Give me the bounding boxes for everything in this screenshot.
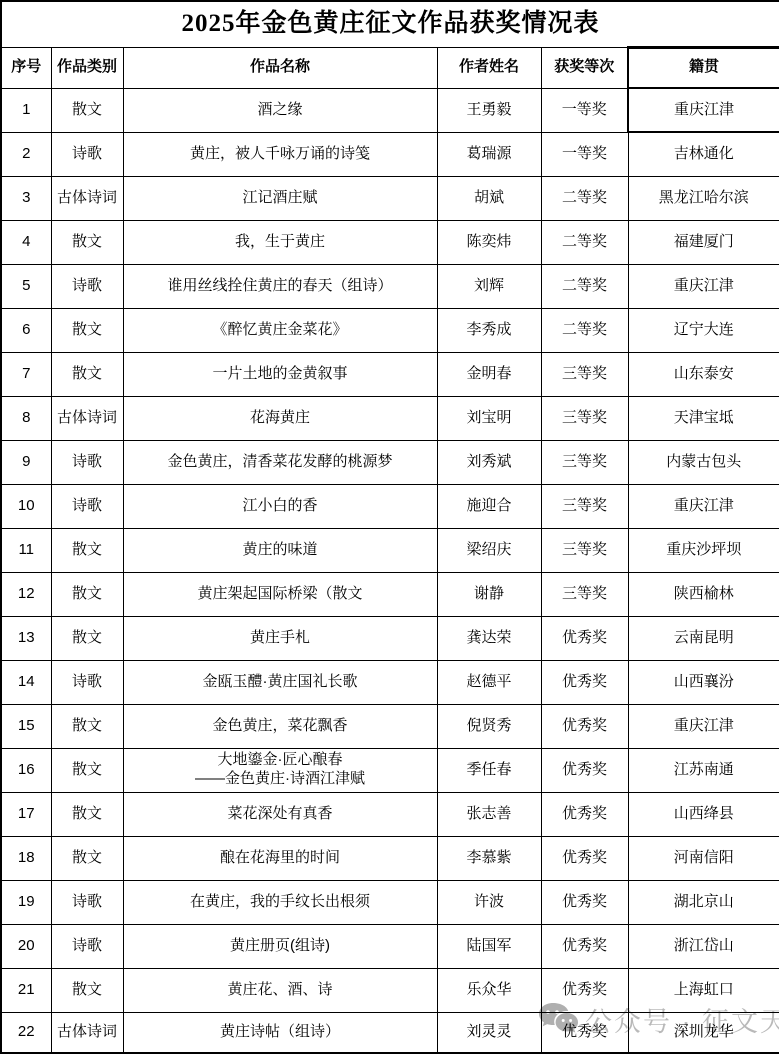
cell-award: 三等奖: [541, 572, 628, 616]
cell-category: 诗歌: [51, 484, 123, 528]
table-row: 13 散文 黄庄手札 龚达荣 优秀奖 云南昆明: [1, 616, 779, 660]
col-header-award: 获奖等次: [541, 47, 628, 88]
cell-origin: 山西绛县: [628, 792, 779, 836]
cell-no: 9: [1, 440, 51, 484]
cell-author: 赵德平: [437, 660, 541, 704]
cell-no: 11: [1, 528, 51, 572]
cell-author: 梁绍庆: [437, 528, 541, 572]
cell-award: 二等奖: [541, 176, 628, 220]
cell-award: 二等奖: [541, 220, 628, 264]
cell-origin: 天津宝坻: [628, 396, 779, 440]
cell-no: 19: [1, 880, 51, 924]
cell-award: 优秀奖: [541, 880, 628, 924]
cell-origin: 云南昆明: [628, 616, 779, 660]
cell-award: 一等奖: [541, 88, 628, 132]
cell-origin: 重庆江津: [628, 704, 779, 748]
cell-title: 大地鎏金·匠心酿春 ——金色黄庄·诗酒江津赋: [123, 748, 437, 792]
cell-award: 优秀奖: [541, 660, 628, 704]
col-header-author: 作者姓名: [437, 47, 541, 88]
cell-award: 二等奖: [541, 264, 628, 308]
cell-author: 龚达荣: [437, 616, 541, 660]
cell-category: 散文: [51, 572, 123, 616]
cell-title: 黄庄册页(组诗): [123, 924, 437, 968]
cell-origin: 重庆江津: [628, 484, 779, 528]
cell-origin: 深圳龙华: [628, 1012, 779, 1053]
cell-no: 7: [1, 352, 51, 396]
cell-category: 散文: [51, 792, 123, 836]
cell-category: 散文: [51, 836, 123, 880]
cell-author: 李秀成: [437, 308, 541, 352]
cell-title: 金瓯玉醴·黄庄国礼长歌: [123, 660, 437, 704]
cell-no: 8: [1, 396, 51, 440]
cell-no: 15: [1, 704, 51, 748]
cell-origin: 福建厦门: [628, 220, 779, 264]
table-title-row: 2025年金色黄庄征文作品获奖情况表: [1, 1, 779, 47]
cell-category: 诗歌: [51, 924, 123, 968]
table-row: 3 古体诗词 江记酒庄赋 胡斌 二等奖 黑龙江哈尔滨: [1, 176, 779, 220]
cell-origin: 江苏南通: [628, 748, 779, 792]
cell-title: 黄庄，被人千咏万诵的诗笺: [123, 132, 437, 176]
cell-award: 三等奖: [541, 352, 628, 396]
cell-author: 刘辉: [437, 264, 541, 308]
cell-category: 古体诗词: [51, 1012, 123, 1053]
cell-title: 金色黄庄，菜花飘香: [123, 704, 437, 748]
cell-no: 22: [1, 1012, 51, 1053]
cell-no: 12: [1, 572, 51, 616]
cell-award: 优秀奖: [541, 748, 628, 792]
cell-category: 散文: [51, 968, 123, 1012]
cell-origin: 辽宁大连: [628, 308, 779, 352]
cell-no: 6: [1, 308, 51, 352]
cell-origin: 重庆沙坪坝: [628, 528, 779, 572]
cell-title: 谁用丝线拴住黄庄的春天（组诗）: [123, 264, 437, 308]
cell-author: 陆国军: [437, 924, 541, 968]
cell-origin: 重庆江津: [628, 264, 779, 308]
cell-title: 黄庄手札: [123, 616, 437, 660]
table-row: 4 散文 我，生于黄庄 陈奕炜 二等奖 福建厦门: [1, 220, 779, 264]
cell-award: 三等奖: [541, 396, 628, 440]
cell-title: 黄庄诗帖（组诗）: [123, 1012, 437, 1053]
cell-no: 20: [1, 924, 51, 968]
cell-title: 黄庄的味道: [123, 528, 437, 572]
cell-title: 金色黄庄，清香菜花发酵的桃源梦: [123, 440, 437, 484]
cell-author: 金明春: [437, 352, 541, 396]
cell-no: 10: [1, 484, 51, 528]
table-row: 22 古体诗词 黄庄诗帖（组诗） 刘灵灵 优秀奖 深圳龙华: [1, 1012, 779, 1053]
cell-category: 诗歌: [51, 132, 123, 176]
page-title: 2025年金色黄庄征文作品获奖情况表: [1, 1, 779, 47]
col-header-title: 作品名称: [123, 47, 437, 88]
table-row: 1 散文 酒之缘 王勇毅 一等奖 重庆江津: [1, 88, 779, 132]
table-row: 20 诗歌 黄庄册页(组诗) 陆国军 优秀奖 浙江岱山: [1, 924, 779, 968]
cell-author: 刘灵灵: [437, 1012, 541, 1053]
table-body: 1 散文 酒之缘 王勇毅 一等奖 重庆江津 2 诗歌 黄庄，被人千咏万诵的诗笺 …: [1, 88, 779, 1053]
cell-category: 散文: [51, 88, 123, 132]
cell-author: 刘秀斌: [437, 440, 541, 484]
cell-category: 散文: [51, 308, 123, 352]
cell-award: 优秀奖: [541, 792, 628, 836]
cell-award: 优秀奖: [541, 836, 628, 880]
cell-category: 散文: [51, 528, 123, 572]
cell-award: 优秀奖: [541, 704, 628, 748]
cell-title: 花海黄庄: [123, 396, 437, 440]
awards-table: 2025年金色黄庄征文作品获奖情况表 序号 作品类别 作品名称 作者姓名 获奖等…: [0, 0, 779, 1054]
cell-category: 古体诗词: [51, 176, 123, 220]
table-row: 12 散文 黄庄架起国际桥梁（散文 谢静 三等奖 陕西榆林: [1, 572, 779, 616]
cell-author: 谢静: [437, 572, 541, 616]
cell-category: 古体诗词: [51, 396, 123, 440]
cell-category: 散文: [51, 616, 123, 660]
cell-author: 陈奕炜: [437, 220, 541, 264]
cell-author: 王勇毅: [437, 88, 541, 132]
cell-award: 三等奖: [541, 528, 628, 572]
cell-title: 酒之缘: [123, 88, 437, 132]
cell-category: 诗歌: [51, 264, 123, 308]
cell-title: 菜花深处有真香: [123, 792, 437, 836]
cell-no: 14: [1, 660, 51, 704]
cell-author: 李慕紫: [437, 836, 541, 880]
cell-no: 13: [1, 616, 51, 660]
cell-author: 季任春: [437, 748, 541, 792]
cell-title: 《醉忆黄庄金菜花》: [123, 308, 437, 352]
cell-award: 一等奖: [541, 132, 628, 176]
table-row: 7 散文 一片土地的金黄叙事 金明春 三等奖 山东泰安: [1, 352, 779, 396]
cell-origin: 黑龙江哈尔滨: [628, 176, 779, 220]
cell-title: 我，生于黄庄: [123, 220, 437, 264]
table-row: 15 散文 金色黄庄，菜花飘香 倪贤秀 优秀奖 重庆江津: [1, 704, 779, 748]
cell-origin: 重庆江津: [628, 88, 779, 132]
table-row: 2 诗歌 黄庄，被人千咏万诵的诗笺 葛瑞源 一等奖 吉林通化: [1, 132, 779, 176]
cell-author: 倪贤秀: [437, 704, 541, 748]
cell-award: 优秀奖: [541, 616, 628, 660]
cell-author: 胡斌: [437, 176, 541, 220]
cell-origin: 吉林通化: [628, 132, 779, 176]
table-row: 19 诗歌 在黄庄，我的手纹长出根须 许波 优秀奖 湖北京山: [1, 880, 779, 924]
cell-origin: 河南信阳: [628, 836, 779, 880]
cell-category: 诗歌: [51, 440, 123, 484]
cell-author: 许波: [437, 880, 541, 924]
cell-no: 2: [1, 132, 51, 176]
cell-title: 酿在花海里的时间: [123, 836, 437, 880]
cell-no: 17: [1, 792, 51, 836]
table-row: 9 诗歌 金色黄庄，清香菜花发酵的桃源梦 刘秀斌 三等奖 内蒙古包头: [1, 440, 779, 484]
cell-no: 21: [1, 968, 51, 1012]
cell-origin: 上海虹口: [628, 968, 779, 1012]
cell-category: 诗歌: [51, 880, 123, 924]
table-row: 8 古体诗词 花海黄庄 刘宝明 三等奖 天津宝坻: [1, 396, 779, 440]
col-header-origin: 籍贯: [628, 47, 779, 88]
awards-sheet: 2025年金色黄庄征文作品获奖情况表 序号 作品类别 作品名称 作者姓名 获奖等…: [0, 0, 779, 1054]
cell-award: 优秀奖: [541, 968, 628, 1012]
cell-no: 18: [1, 836, 51, 880]
cell-no: 1: [1, 88, 51, 132]
cell-award: 三等奖: [541, 484, 628, 528]
cell-award: 三等奖: [541, 440, 628, 484]
cell-author: 张志善: [437, 792, 541, 836]
table-row: 17 散文 菜花深处有真香 张志善 优秀奖 山西绛县: [1, 792, 779, 836]
cell-no: 3: [1, 176, 51, 220]
cell-author: 葛瑞源: [437, 132, 541, 176]
cell-no: 4: [1, 220, 51, 264]
cell-title: 黄庄架起国际桥梁（散文: [123, 572, 437, 616]
col-header-category: 作品类别: [51, 47, 123, 88]
cell-award: 优秀奖: [541, 1012, 628, 1053]
cell-category: 散文: [51, 352, 123, 396]
table-row: 16 散文 大地鎏金·匠心酿春 ——金色黄庄·诗酒江津赋 季任春 优秀奖 江苏南…: [1, 748, 779, 792]
cell-origin: 湖北京山: [628, 880, 779, 924]
cell-category: 诗歌: [51, 660, 123, 704]
cell-origin: 内蒙古包头: [628, 440, 779, 484]
cell-category: 散文: [51, 220, 123, 264]
table-row: 5 诗歌 谁用丝线拴住黄庄的春天（组诗） 刘辉 二等奖 重庆江津: [1, 264, 779, 308]
cell-title: 江记酒庄赋: [123, 176, 437, 220]
table-row: 21 散文 黄庄花、酒、诗 乐众华 优秀奖 上海虹口: [1, 968, 779, 1012]
cell-author: 乐众华: [437, 968, 541, 1012]
cell-title: 在黄庄，我的手纹长出根须: [123, 880, 437, 924]
cell-origin: 山东泰安: [628, 352, 779, 396]
table-row: 18 散文 酿在花海里的时间 李慕紫 优秀奖 河南信阳: [1, 836, 779, 880]
cell-no: 16: [1, 748, 51, 792]
cell-author: 施迎合: [437, 484, 541, 528]
cell-title: 一片土地的金黄叙事: [123, 352, 437, 396]
table-row: 11 散文 黄庄的味道 梁绍庆 三等奖 重庆沙坪坝: [1, 528, 779, 572]
col-header-no: 序号: [1, 47, 51, 88]
table-row: 6 散文 《醉忆黄庄金菜花》 李秀成 二等奖 辽宁大连: [1, 308, 779, 352]
cell-award: 二等奖: [541, 308, 628, 352]
cell-title: 江小白的香: [123, 484, 437, 528]
cell-origin: 陕西榆林: [628, 572, 779, 616]
cell-no: 5: [1, 264, 51, 308]
cell-category: 散文: [51, 748, 123, 792]
cell-origin: 山西襄汾: [628, 660, 779, 704]
cell-category: 散文: [51, 704, 123, 748]
cell-award: 优秀奖: [541, 924, 628, 968]
cell-author: 刘宝明: [437, 396, 541, 440]
cell-origin: 浙江岱山: [628, 924, 779, 968]
table-row: 10 诗歌 江小白的香 施迎合 三等奖 重庆江津: [1, 484, 779, 528]
table-row: 14 诗歌 金瓯玉醴·黄庄国礼长歌 赵德平 优秀奖 山西襄汾: [1, 660, 779, 704]
table-header-row: 序号 作品类别 作品名称 作者姓名 获奖等次 籍贯: [1, 47, 779, 88]
cell-title: 黄庄花、酒、诗: [123, 968, 437, 1012]
